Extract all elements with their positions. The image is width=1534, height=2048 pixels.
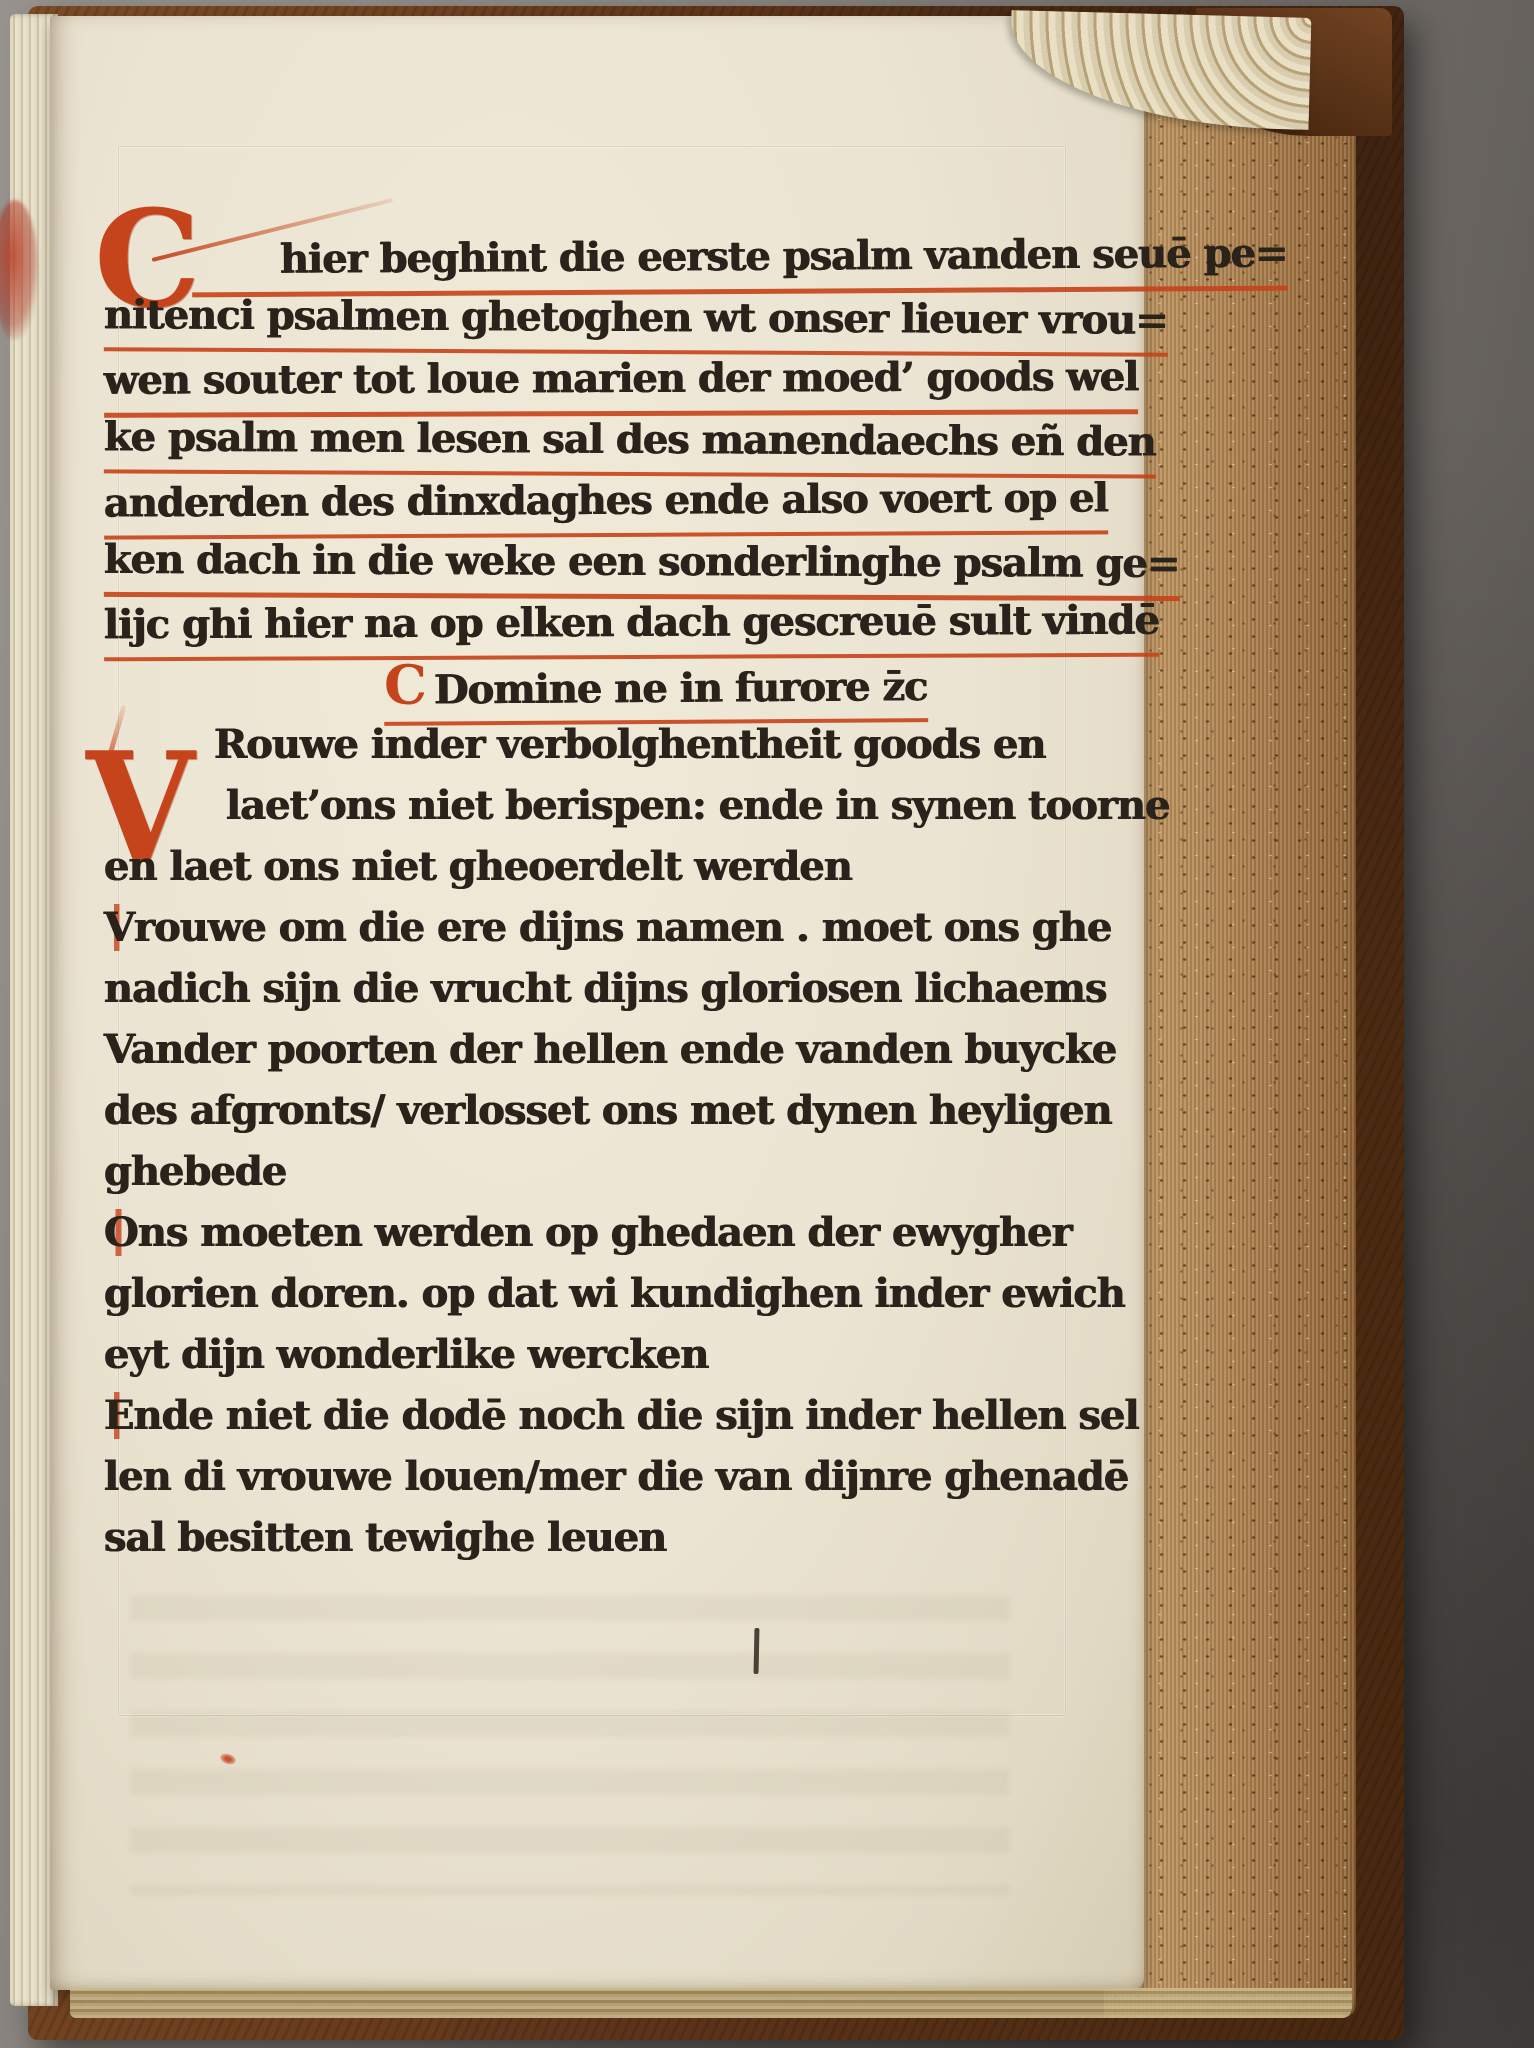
verse4-line-2-text: glorien doren. op dat wi kundighen inder… <box>104 1263 1125 1324</box>
photo-of-incunable-book: C V hier beghint die eerste psalm vanden… <box>0 0 1534 2048</box>
verse5-line-1: Ende niet die dodē noch die sijn inder h… <box>104 1385 1116 1446</box>
verse3-line-3-text: ghebede <box>104 1141 286 1202</box>
verse5-line-1-text: nde niet die dodē noch die sijn inder he… <box>134 1392 1139 1439</box>
verse5-line-3: sal besitten tewighe leuen <box>104 1507 1116 1568</box>
verse5-line-1-wrap: Ende niet die dodē noch die sijn inder h… <box>104 1385 1139 1446</box>
bottom-page-edges <box>70 1988 1352 2018</box>
text-block: hier beghint die eerste psalm vanden seu… <box>104 226 1116 1568</box>
verse2-line-1: Vrouwe om die ere dijns namen . moet ons… <box>104 897 1116 958</box>
rubric-line-6: ken dach in die weke een sonderlinghe ps… <box>104 531 1116 592</box>
verse2-line-2: nadich sijn die vrucht dijns gloriosen l… <box>104 958 1116 1019</box>
verse3-line-3: ghebede <box>104 1141 1116 1202</box>
rubric-line-3: wen souter tot loue marien der moed’ goo… <box>104 348 1116 409</box>
rubric-touched-initial-v: V <box>104 904 134 951</box>
rubric-line-2: nitenci psalmen ghetoghen wt onser lieue… <box>104 287 1116 348</box>
verse4-line-1: Ons moeten werden op ghedaen der ewygher <box>104 1202 1116 1263</box>
verse3-line-2: des afgronts/ verlosset ons met dynen he… <box>104 1080 1116 1141</box>
verse2-line-1-wrap: Vrouwe om die ere dijns namen . moet ons… <box>104 897 1111 958</box>
verse5-line-3-text: sal besitten tewighe leuen <box>104 1507 666 1568</box>
verse2-line-2-text: nadich sijn die vrucht dijns gloriosen l… <box>104 958 1106 1019</box>
rubric-line-7-text: lijc ghi hier na op elken dach gescreuē … <box>104 590 1159 662</box>
latin-heading-line: CDomine ne in furore z̄c <box>104 653 1116 714</box>
verse1-line-2: laet’ons niet berispen: ende in synen to… <box>104 775 1116 836</box>
verse4-line-3: eyt dijn wonderlike wercken <box>104 1324 1116 1385</box>
rubric-line-4: ke psalm men lesen sal des manendaechs e… <box>104 409 1116 470</box>
latin-heading-text: Domine ne in furore z̄c <box>434 663 928 713</box>
stray-ink-mark <box>754 1628 760 1674</box>
verse3-line-2-text: des afgronts/ verlosset ons met dynen he… <box>104 1080 1112 1141</box>
rubric-line-5: anderden des dinxdaghes ende also voert … <box>104 470 1116 531</box>
verse1-line-2-text: laet’ons niet berispen: ende in synen to… <box>226 775 1170 836</box>
verse4-line-1-wrap: Ons moeten werden op ghedaen der ewygher <box>104 1202 1072 1263</box>
ink-show-through <box>130 1595 1010 1895</box>
verse5-line-2: len di vrouwe louen/mer die van dijnre g… <box>104 1446 1116 1507</box>
verse4-line-3-text: eyt dijn wonderlike wercken <box>104 1324 708 1385</box>
verse5-line-2-text: len di vrouwe louen/mer die van dijnre g… <box>104 1446 1128 1507</box>
verse2-line-1-text: rouwe om die ere dijns namen . moet ons … <box>134 904 1111 951</box>
verse1-line-3: en laet ons niet gheoerdelt werden <box>104 836 1116 897</box>
rubric-line-1: hier beghint die eerste psalm vanden seu… <box>104 226 1116 287</box>
verse3-line-1-text: Vander poorten der hellen ende vanden bu… <box>104 1019 1116 1080</box>
verse1-line-3-text: en laet ons niet gheoerdelt werden <box>104 836 852 897</box>
verse4-line-1-text: ns moeten werden op ghedaen der ewygher <box>138 1209 1072 1256</box>
rubric-touched-initial-o: O <box>104 1209 138 1256</box>
rubric-touched-initial-e: E <box>104 1392 134 1439</box>
latin-heading-wrap: CDomine ne in furore z̄c <box>384 651 928 726</box>
verse3-line-1: Vander poorten der hellen ende vanden bu… <box>104 1019 1116 1080</box>
heading-paragraph-initial: C <box>384 653 426 717</box>
rubric-line-7: lijc ghi hier na op elken dach gescreuē … <box>104 592 1116 653</box>
verse4-line-2: glorien doren. op dat wi kundighen inder… <box>104 1263 1116 1324</box>
